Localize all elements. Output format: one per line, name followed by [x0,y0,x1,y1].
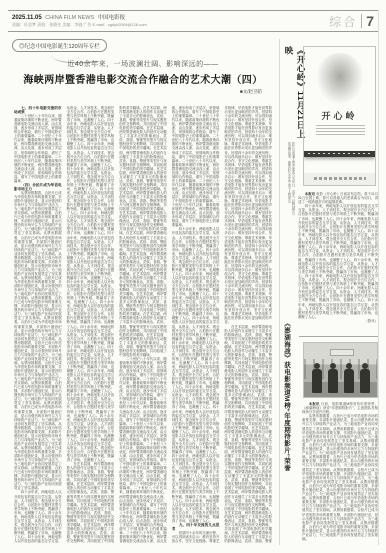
newspaper-page: 2025.11.05 CHINA FILM NEWS 中国电影报 责编：杜思梦 … [0,0,386,553]
photo-figures [304,369,377,393]
section-label-box: 综合 7 [329,13,374,30]
section-name: 综合 [329,13,357,30]
byline: ■文/赵卫防 [14,89,272,95]
film-poster-kaixinling: 开心岭 [303,46,376,186]
section-divider [361,14,362,28]
body-paragraph: 从票房数据看，合拍片已成为华语电影市场的重要支撑，多部影片屡创纪录，显示出强劲的… [302,414,378,541]
sidebar-article1-body: 本报讯 电影《开心岭》日前宣布定档，将于11月21日全国上映。影片以普通人的悲欢… [298,192,378,326]
main-headline-block: 近40余年来，一场波澜壮阔、影响深远的—— 海峡两岸暨香港电影交流合作融合的艺术… [14,59,272,95]
body-paragraph: 本报讯 电影《开心岭》日前宣布定档，将于11月21日全国上映。影片以普通人的悲欢… [298,192,378,204]
masthead-credits: 责编：杜思梦 责校：张晓先 美编：李骁 广告 E-mail：zgdyb2004@… [12,22,147,27]
body-paragraph: 二十世纪八十年代以来，随着政策环境的不断优化，两岸暨香港电影交流由浅入深、由点及… [14,114,62,183]
page-right-frame [378,10,379,545]
subhead-coproduction: （四）合拍片成为华语电影市场主力 [14,183,62,191]
subhead-market-results: 七、四十年电影交流的市场成果 [14,106,62,114]
page-number: 7 [366,13,374,29]
body-paragraph: 四十余年来，两地电影人以开放包容的姿态互学互鉴，从资金、人才到技术、观念展开全方… [298,204,378,319]
main-headline: 海峡两岸暨香港电影交流合作融合的艺术大潮（四） [14,71,272,86]
masthead-left: 2025.11.05 CHINA FILM NEWS 中国电影报 责编：杜思梦 … [12,15,147,28]
person-silhouette [312,369,322,393]
poster-title-text: 开心岭 [304,109,375,122]
person-silhouette [344,369,354,393]
body-paragraph: 本报讯 日前，电影频道M榜发布年度荣誉，《澎湖海战》获评“年度期待影片”，主创团… [302,402,378,414]
photo-building-sign [330,349,354,356]
paper-name-en: CHINA FILM NEWS [45,15,94,21]
masthead: 2025.11.05 CHINA FILM NEWS 中国电影报 责编：杜思梦 … [8,10,378,32]
poster-train-art [304,151,375,157]
paper-name-cn: 中国电影报 [98,15,126,21]
sidebar-article2-title: 《澎湖海战》获电影频道M榜“年度期待影片”荣誉 [282,320,291,488]
poster-face-art [316,53,364,105]
person-silhouette [328,369,338,393]
poster-billing-line [314,177,366,180]
main-sidebar-divider [279,39,280,545]
sidebar-article2-body: 本报讯 日前，电影频道M榜发布年度荣誉，《澎湖海战》获评“年度期待影片”，主创团… [302,402,378,545]
article1-ender: （影讯） [298,319,378,323]
person-silhouette [360,369,370,393]
main-article-body: 七、四十年电影交流的市场成果 二十世纪八十年代以来，随着政策环境的不断优化，两岸… [14,106,272,545]
headline-kicker: 近40余年来，一场波澜壮阔、影响深远的—— [14,59,272,69]
issue-date: 2025.11.05 [12,15,42,21]
body-paragraph: 从票房数据看，合拍片已成为华语电影市场的重要支撑，多部影片屡创纪录，显示出强劲的… [14,191,62,490]
poster-credits-lines [316,125,365,135]
poster-bottom-strip [304,173,375,185]
subhead-reflections: 九、四十年交流的几点思考 [172,523,220,531]
body-paragraph: 四十余年来，两地电影人以开放包容的姿态互学互鉴，从资金、人才到技术、观念展开全方… [172,227,220,522]
sidebar-article1-subtitle: 影片以普通人的悲欢离合为切口，讲述一段跨越岁月的温情故事，聚焦时代变迁中的小人物… [287,142,295,218]
event-group-photo [303,342,378,398]
sidebar-separator-rule [299,336,378,337]
